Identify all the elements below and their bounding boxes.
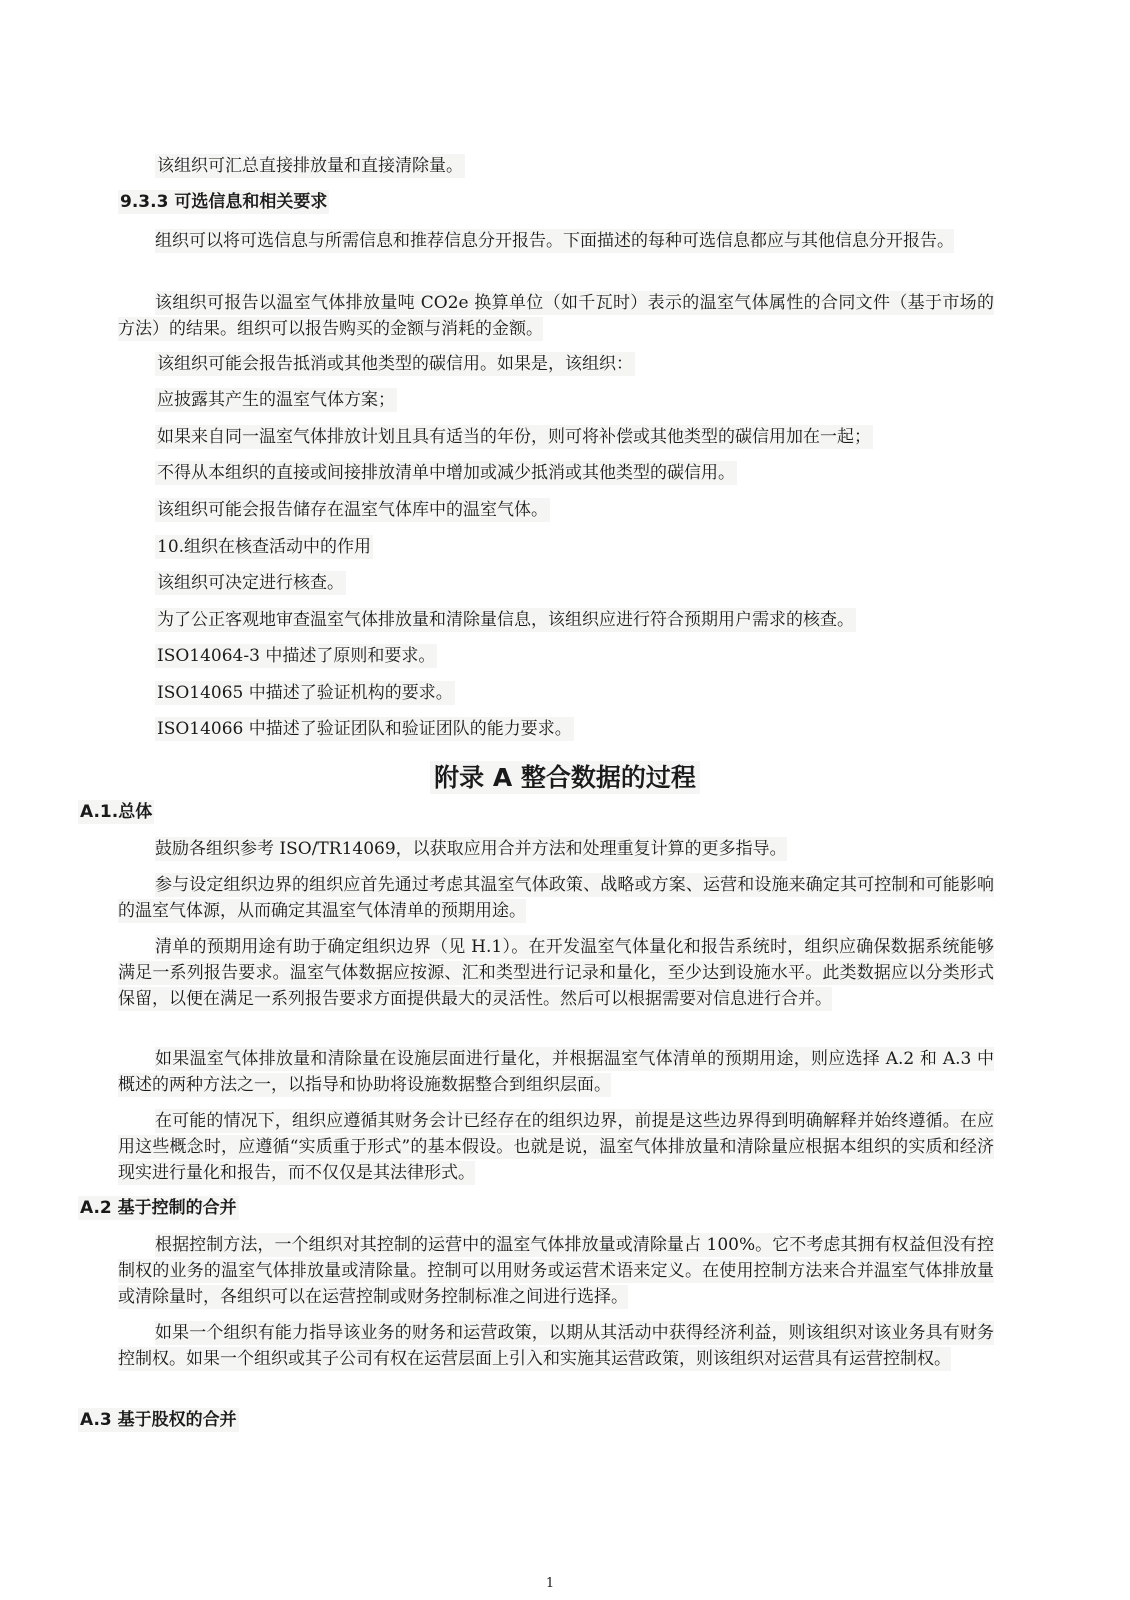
- heading-text: A.1.总体: [78, 800, 154, 824]
- section-heading-a2: A.2 基于控制的合并: [78, 1196, 239, 1220]
- page-number: 1: [0, 1576, 1100, 1591]
- paragraph-line: 该组织可能会报告抵消或其他类型的碳信用。如果是，该组织：: [155, 352, 635, 376]
- section-heading-9-3-3: 9.3.3 可选信息和相关要求: [118, 190, 329, 214]
- paragraph: 鼓励各组织参考 ISO/TR14069，以获取应用合并方法和处理重复计算的更多指…: [118, 836, 994, 862]
- paragraph-text: 如果一个组织有能力指导该业务的财务和运营政策，以期从其活动中获得经济利益，则该组…: [118, 1321, 994, 1371]
- paragraph-text: 如果温室气体排放量和清除量在设施层面进行量化，并根据温室气体清单的预期用途，则应…: [118, 1047, 994, 1097]
- text-line: 为了公正客观地审查温室气体排放量和清除量信息，该组织应进行符合预期用户需求的核查…: [155, 608, 856, 632]
- paragraph-text: 参与设定组织边界的组织应首先通过考虑其温室气体政策、战略或方案、运营和设施来确定…: [118, 873, 994, 923]
- document-page: 该组织可汇总直接排放量和直接清除量。 9.3.3 可选信息和相关要求 组织可以将…: [0, 0, 1130, 1600]
- paragraph-line: 10.组织在核查活动中的作用: [155, 535, 373, 559]
- text-line: 不得从本组织的直接或间接排放清单中增加或减少抵消或其他类型的碳信用。: [155, 461, 737, 485]
- paragraph: 该组织可报告以温室气体排放量吨 CO2e 换算单位（如千瓦时）表示的温室气体属性…: [118, 290, 994, 342]
- paragraph: 如果一个组织有能力指导该业务的财务和运营政策，以期从其活动中获得经济利益，则该组…: [118, 1320, 994, 1372]
- heading-text: A.3 基于股权的合并: [78, 1408, 239, 1432]
- paragraph-line: 为了公正客观地审查温室气体排放量和清除量信息，该组织应进行符合预期用户需求的核查…: [155, 608, 856, 632]
- paragraph-text: 组织可以将可选信息与所需信息和推荐信息分开报告。下面描述的每种可选信息都应与其他…: [155, 229, 954, 253]
- page-number-text: 1: [546, 1576, 554, 1591]
- paragraph-text: 清单的预期用途有助于确定组织边界（见 H.1）。在开发温室气体量化和报告系统时，…: [118, 935, 994, 1011]
- heading-text: A.2 基于控制的合并: [78, 1196, 239, 1220]
- paragraph: 如果温室气体排放量和清除量在设施层面进行量化，并根据温室气体清单的预期用途，则应…: [118, 1046, 994, 1098]
- paragraph-line: ISO14065 中描述了验证机构的要求。: [155, 681, 455, 705]
- annex-title-text: 附录 A 整合数据的过程: [430, 761, 700, 794]
- text-line: 该组织可汇总直接排放量和直接清除量。: [155, 154, 465, 178]
- paragraph-line: 如果来自同一温室气体排放计划且具有适当的年份，则可将补偿或其他类型的碳信用加在一…: [155, 425, 873, 449]
- paragraph: 清单的预期用途有助于确定组织边界（见 H.1）。在开发温室气体量化和报告系统时，…: [118, 934, 994, 1012]
- paragraph-text: 该组织可报告以温室气体排放量吨 CO2e 换算单位（如千瓦时）表示的温室气体属性…: [118, 291, 994, 341]
- text-line: 如果来自同一温室气体排放计划且具有适当的年份，则可将补偿或其他类型的碳信用加在一…: [155, 425, 873, 449]
- annex-title: 附录 A 整合数据的过程: [0, 758, 1130, 794]
- text-line: 该组织可能会报告储存在温室气体库中的温室气体。: [155, 498, 550, 522]
- paragraph-text: 鼓励各组织参考 ISO/TR14069，以获取应用合并方法和处理重复计算的更多指…: [155, 837, 787, 861]
- paragraph-line: ISO14066 中描述了验证团队和验证团队的能力要求。: [155, 717, 574, 741]
- paragraph-line: 应披露其产生的温室气体方案；: [155, 388, 397, 412]
- paragraph-text: 根据控制方法，一个组织对其控制的运营中的温室气体排放量或清除量占 100%。它不…: [118, 1233, 994, 1309]
- text-line: 该组织可决定进行核查。: [155, 571, 346, 595]
- paragraph-line: 该组织可决定进行核查。: [155, 571, 346, 595]
- paragraph-text: 在可能的情况下，组织应遵循其财务会计已经存在的组织边界，前提是这些边界得到明确解…: [118, 1109, 994, 1185]
- paragraph: 在可能的情况下，组织应遵循其财务会计已经存在的组织边界，前提是这些边界得到明确解…: [118, 1108, 994, 1186]
- heading-text: 9.3.3 可选信息和相关要求: [118, 190, 329, 214]
- text-line: 10.组织在核查活动中的作用: [155, 535, 373, 559]
- paragraph-line: 不得从本组织的直接或间接排放清单中增加或减少抵消或其他类型的碳信用。: [155, 461, 737, 485]
- paragraph: 根据控制方法，一个组织对其控制的运营中的温室气体排放量或清除量占 100%。它不…: [118, 1232, 994, 1310]
- paragraph: 参与设定组织边界的组织应首先通过考虑其温室气体政策、战略或方案、运营和设施来确定…: [118, 872, 994, 924]
- section-heading-a1: A.1.总体: [78, 800, 154, 824]
- text-line: ISO14064-3 中描述了原则和要求。: [155, 644, 437, 668]
- paragraph-line: 该组织可汇总直接排放量和直接清除量。: [155, 154, 465, 178]
- paragraph-line: ISO14064-3 中描述了原则和要求。: [155, 644, 437, 668]
- text-line: 应披露其产生的温室气体方案；: [155, 388, 397, 412]
- section-heading-a3: A.3 基于股权的合并: [78, 1408, 239, 1432]
- text-line: ISO14065 中描述了验证机构的要求。: [155, 681, 455, 705]
- paragraph: 组织可以将可选信息与所需信息和推荐信息分开报告。下面描述的每种可选信息都应与其他…: [118, 228, 994, 254]
- text-line: 该组织可能会报告抵消或其他类型的碳信用。如果是，该组织：: [155, 352, 635, 376]
- paragraph-line: 该组织可能会报告储存在温室气体库中的温室气体。: [155, 498, 550, 522]
- text-line: ISO14066 中描述了验证团队和验证团队的能力要求。: [155, 717, 574, 741]
